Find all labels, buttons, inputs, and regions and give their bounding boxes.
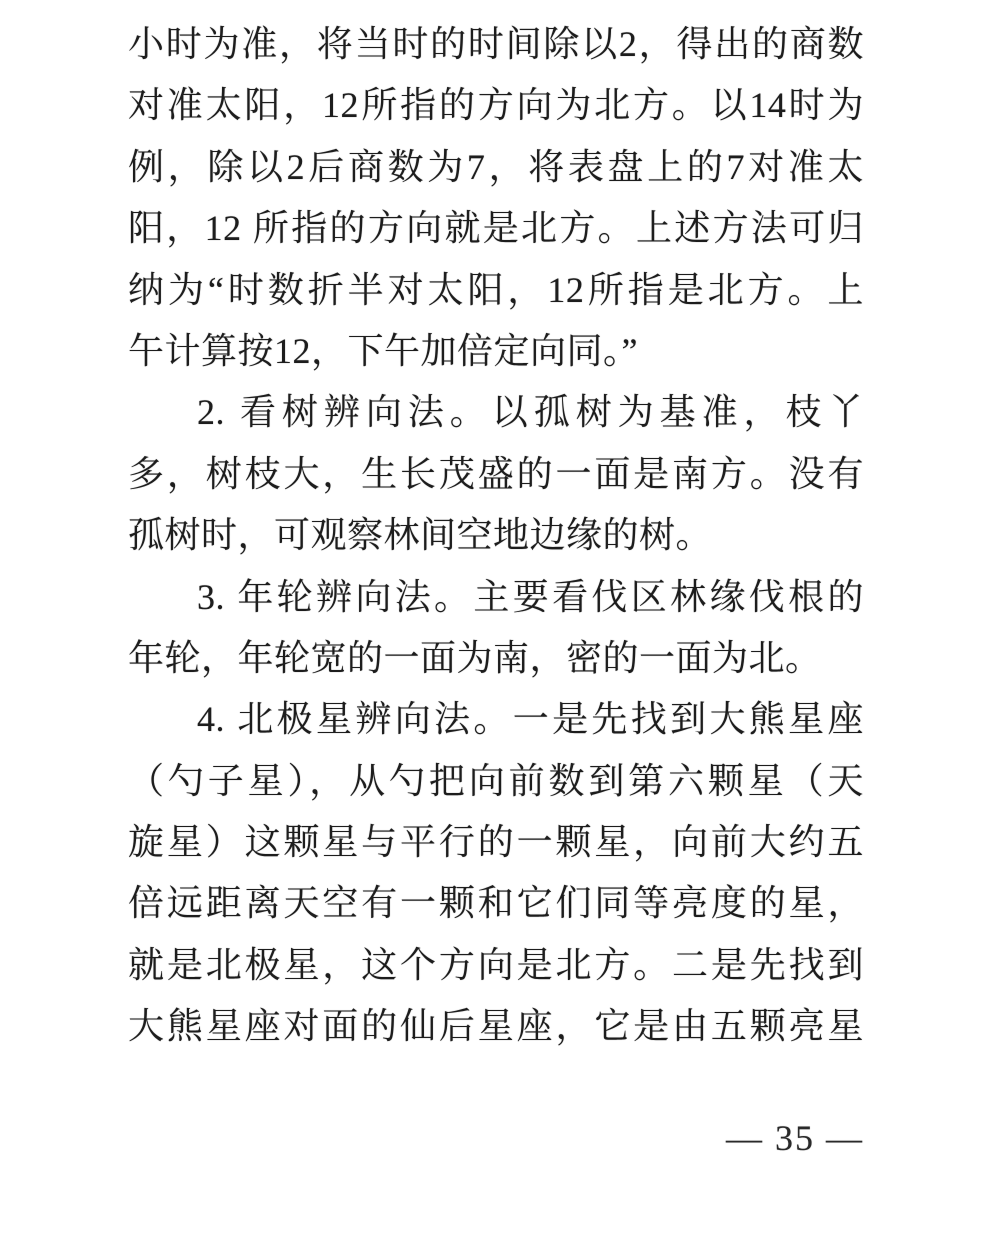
page: 小时为准，将当时的时间除以2，得出的商数对准太阳，12所指的方向为北方。以14时… xyxy=(0,0,1000,1256)
text-line: 孤树时，可观察林间空地边缘的树。 xyxy=(128,505,864,566)
page-body-text: 小时为准，将当时的时间除以2，得出的商数对准太阳，12所指的方向为北方。以14时… xyxy=(128,14,864,1058)
text-line: （勺子星），从勺把向前数到第六颗星（天 xyxy=(128,751,864,812)
text-line: 对准太阳，12所指的方向为北方。以14时为 xyxy=(128,75,864,136)
text-line: 倍远距离天空有一颗和它们同等亮度的星， xyxy=(128,873,864,934)
text-line: 年轮，年轮宽的一面为南，密的一面为北。 xyxy=(128,628,864,689)
text-line: 多，树枝大，生长茂盛的一面是南方。没有 xyxy=(128,444,864,505)
text-line: 例，除以2后商数为7，将表盘上的7对准太 xyxy=(128,137,864,198)
text-line: 4. 北极星辨向法。一是先找到大熊星座 xyxy=(128,689,864,750)
text-line: 3. 年轮辨向法。主要看伐区林缘伐根的 xyxy=(128,567,864,628)
text-line: 旋星）这颗星与平行的一颗星，向前大约五 xyxy=(128,812,864,873)
text-line: 就是北极星，这个方向是北方。二是先找到 xyxy=(128,935,864,996)
text-line: 大熊星座对面的仙后星座，它是由五颗亮星 xyxy=(128,996,864,1057)
text-line: 阳，12 所指的方向就是北方。上述方法可归 xyxy=(128,198,864,259)
scanned-page: { "page": { "background_color": "#ffffff… xyxy=(0,0,1000,1256)
text-line: 午计算按12，下午加倍定向同。” xyxy=(128,321,864,382)
page-number: — 35 — xyxy=(128,1116,864,1160)
text-line: 纳为“时数折半对太阳，12所指是北方。上 xyxy=(128,260,864,321)
text-line: 2. 看树辨向法。以孤树为基准，枝丫 xyxy=(128,382,864,443)
text-line: 小时为准，将当时的时间除以2，得出的商数 xyxy=(128,14,864,75)
